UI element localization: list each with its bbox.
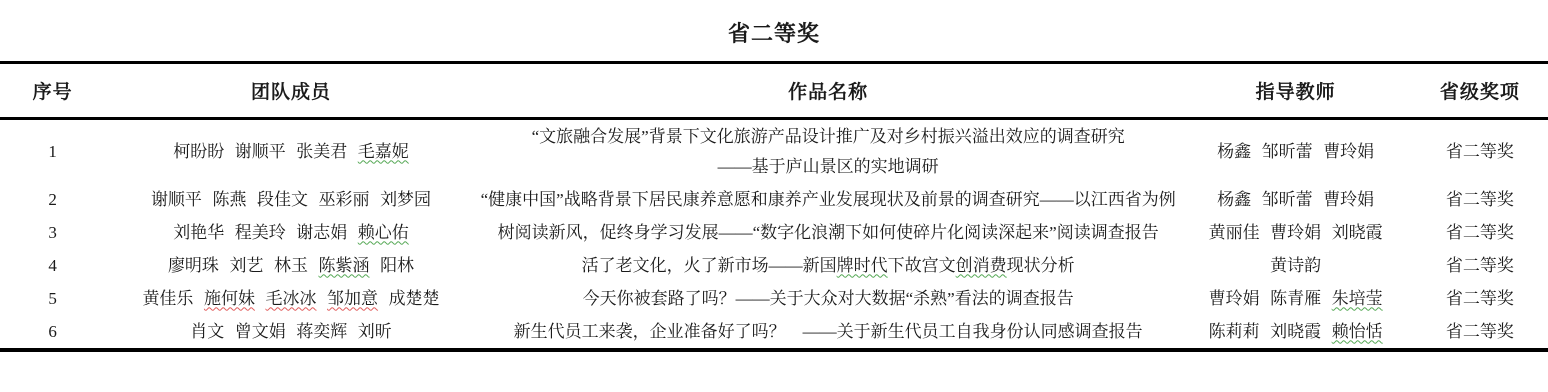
work-title-cell: 树阅读新风，促终身学习发展——“数字化浪潮下如何使碎片化阅读深起来”阅读调查报告 bbox=[477, 216, 1180, 249]
advisors-cell: 杨鑫邹昕蕾曹玲娟 bbox=[1180, 118, 1412, 183]
header-work-title: 作品名称 bbox=[477, 62, 1180, 118]
table-row: 1柯盼盼谢顺平张美君毛嘉妮“文旅融合发展”背景下文化旅游产品设计推广及对乡村振兴… bbox=[0, 118, 1548, 183]
award-cell: 省二等奖 bbox=[1412, 216, 1548, 249]
team-members-cell: 谢顺平陈燕段佳文巫彩丽刘梦园 bbox=[105, 183, 477, 216]
member-name: 阳林 bbox=[380, 256, 414, 275]
row-number-cell: 5 bbox=[0, 282, 105, 315]
team-members-cell: 黄佳乐施何妹毛冰冰邹加意成楚楚 bbox=[105, 282, 477, 315]
team-members-cell: 廖明珠刘艺林玉陈紫涵阳林 bbox=[105, 249, 477, 282]
member-name: 刘梦园 bbox=[380, 190, 431, 209]
awards-table: 序号 团队成员 作品名称 指导教师 省级奖项 1柯盼盼谢顺平张美君毛嘉妮“文旅融… bbox=[0, 61, 1548, 352]
advisor-name: 曹玲娟 bbox=[1323, 142, 1374, 161]
advisor-name: 曹玲娟 bbox=[1209, 289, 1260, 308]
work-title-line: “健康中国”战略背景下居民康养意愿和康养产业发展现状及前景的调查研究——以江西省… bbox=[479, 188, 1178, 211]
member-name: 张美君 bbox=[296, 142, 347, 161]
advisors-cell: 曹玲娟陈青雁朱培莹 bbox=[1180, 282, 1412, 315]
header-team-members: 团队成员 bbox=[105, 62, 477, 118]
member-name: 谢顺平 bbox=[151, 190, 202, 209]
member-name: 巫彩丽 bbox=[319, 190, 370, 209]
document-page: 省二等奖 序号 团队成员 作品名称 指导教师 省级奖项 1柯盼盼谢顺平张美君毛嘉… bbox=[0, 0, 1548, 392]
header-award-level: 省级奖项 bbox=[1412, 62, 1548, 118]
work-title-segment: ——基于庐山景区的实地调研 bbox=[718, 157, 939, 176]
work-title-segment: 活了老文化，火了新市场——新国 bbox=[582, 256, 837, 275]
advisor-name: 赖怡恬 bbox=[1332, 322, 1383, 341]
award-cell: 省二等奖 bbox=[1412, 315, 1548, 350]
advisor-name: 陈青雁 bbox=[1270, 289, 1321, 308]
row-number-cell: 3 bbox=[0, 216, 105, 249]
row-number-cell: 6 bbox=[0, 315, 105, 350]
work-title-cell: “文旅融合发展”背景下文化旅游产品设计推广及对乡村振兴溢出效应的调查研究——基于… bbox=[477, 118, 1180, 183]
member-name: 陈紫涵 bbox=[319, 256, 370, 275]
header-row: 序号 团队成员 作品名称 指导教师 省级奖项 bbox=[0, 62, 1548, 118]
advisor-name: 杨鑫 bbox=[1217, 142, 1251, 161]
work-title-segment: 今天你被套路了吗？——关于大众对大数据“杀熟”看法的调查报告 bbox=[583, 289, 1074, 308]
member-name: 谢顺平 bbox=[235, 142, 286, 161]
member-name: 赖心佑 bbox=[358, 223, 409, 242]
advisors-cell: 陈莉莉刘晓霞赖怡恬 bbox=[1180, 315, 1412, 350]
work-title-line: 今天你被套路了吗？——关于大众对大数据“杀熟”看法的调查报告 bbox=[479, 287, 1178, 310]
row-number-cell: 4 bbox=[0, 249, 105, 282]
advisor-name: 刘晓霞 bbox=[1332, 223, 1383, 242]
page-title: 省二等奖 bbox=[0, 0, 1548, 61]
team-members-cell: 刘艳华程美玲谢志娟赖心佑 bbox=[105, 216, 477, 249]
member-name: 陈燕 bbox=[212, 190, 246, 209]
advisor-name: 朱培莹 bbox=[1332, 289, 1383, 308]
work-title-cell: 活了老文化，火了新市场——新国牌时代下故宫文创消费现状分析 bbox=[477, 249, 1180, 282]
awards-table-header: 序号 团队成员 作品名称 指导教师 省级奖项 bbox=[0, 62, 1548, 118]
table-row: 5黄佳乐施何妹毛冰冰邹加意成楚楚今天你被套路了吗？——关于大众对大数据“杀熟”看… bbox=[0, 282, 1548, 315]
work-title-segment: “健康中国”战略背景下居民康养意愿和康养产业发展现状及前景的调查研究——以江西省… bbox=[481, 190, 1176, 209]
work-title-segment: 新生代员工来袭，企业准备好了吗？ ——关于新生代员工自我身份认同感调查报告 bbox=[514, 322, 1143, 341]
member-name: 黄佳乐 bbox=[142, 289, 193, 308]
advisor-name: 邹昕蕾 bbox=[1262, 142, 1313, 161]
advisor-name: 黄丽佳 bbox=[1209, 223, 1260, 242]
award-cell: 省二等奖 bbox=[1412, 249, 1548, 282]
member-name: 刘艳华 bbox=[173, 223, 224, 242]
advisors-cell: 杨鑫邹昕蕾曹玲娟 bbox=[1180, 183, 1412, 216]
team-members-cell: 肖文曾文娟蒋奕辉刘昕 bbox=[105, 315, 477, 350]
member-name: 邹加意 bbox=[327, 289, 378, 308]
member-name: 段佳文 bbox=[257, 190, 308, 209]
team-members-cell: 柯盼盼谢顺平张美君毛嘉妮 bbox=[105, 118, 477, 183]
row-number-cell: 2 bbox=[0, 183, 105, 216]
member-name: 刘昕 bbox=[358, 322, 392, 341]
member-name: 程美玲 bbox=[235, 223, 286, 242]
work-title-cell: “健康中国”战略背景下居民康养意愿和康养产业发展现状及前景的调查研究——以江西省… bbox=[477, 183, 1180, 216]
advisor-name: 曹玲娟 bbox=[1323, 190, 1374, 209]
award-cell: 省二等奖 bbox=[1412, 282, 1548, 315]
advisor-name: 刘晓霞 bbox=[1270, 322, 1321, 341]
work-title-segment: 创消费 bbox=[956, 256, 1007, 275]
member-name: 曾文娟 bbox=[235, 322, 286, 341]
work-title-segment: “文旅融合发展”背景下文化旅游产品设计推广及对乡村振兴溢出效应的调查研究 bbox=[532, 127, 1125, 146]
work-title-segment: 现状分析 bbox=[1007, 256, 1075, 275]
work-title-line: “文旅融合发展”背景下文化旅游产品设计推广及对乡村振兴溢出效应的调查研究 bbox=[479, 125, 1178, 148]
work-title-segment: 牌时代 bbox=[837, 256, 888, 275]
table-row: 2谢顺平陈燕段佳文巫彩丽刘梦园“健康中国”战略背景下居民康养意愿和康养产业发展现… bbox=[0, 183, 1548, 216]
header-advisors: 指导教师 bbox=[1180, 62, 1412, 118]
work-title-line: 新生代员工来袭，企业准备好了吗？ ——关于新生代员工自我身份认同感调查报告 bbox=[479, 320, 1178, 343]
award-cell: 省二等奖 bbox=[1412, 183, 1548, 216]
member-name: 林玉 bbox=[274, 256, 308, 275]
advisors-cell: 黄诗韵 bbox=[1180, 249, 1412, 282]
member-name: 谢志娟 bbox=[296, 223, 347, 242]
work-title-line: 活了老文化，火了新市场——新国牌时代下故宫文创消费现状分析 bbox=[479, 254, 1178, 277]
advisors-cell: 黄丽佳曹玲娟刘晓霞 bbox=[1180, 216, 1412, 249]
advisor-name: 邹昕蕾 bbox=[1262, 190, 1313, 209]
member-name: 毛冰冰 bbox=[266, 289, 317, 308]
work-title-line: ——基于庐山景区的实地调研 bbox=[479, 155, 1178, 178]
member-name: 毛嘉妮 bbox=[358, 142, 409, 161]
work-title-cell: 新生代员工来袭，企业准备好了吗？ ——关于新生代员工自我身份认同感调查报告 bbox=[477, 315, 1180, 350]
member-name: 廖明珠 bbox=[168, 256, 219, 275]
member-name: 施何妹 bbox=[204, 289, 255, 308]
work-title-cell: 今天你被套路了吗？——关于大众对大数据“杀熟”看法的调查报告 bbox=[477, 282, 1180, 315]
member-name: 柯盼盼 bbox=[173, 142, 224, 161]
member-name: 刘艺 bbox=[229, 256, 263, 275]
advisor-name: 曹玲娟 bbox=[1270, 223, 1321, 242]
row-number-cell: 1 bbox=[0, 118, 105, 183]
member-name: 成楚楚 bbox=[389, 289, 440, 308]
table-row: 4廖明珠刘艺林玉陈紫涵阳林活了老文化，火了新市场——新国牌时代下故宫文创消费现状… bbox=[0, 249, 1548, 282]
work-title-segment: 下故宫文 bbox=[888, 256, 956, 275]
advisor-name: 黄诗韵 bbox=[1270, 256, 1321, 275]
advisor-name: 陈莉莉 bbox=[1209, 322, 1260, 341]
work-title-line: 树阅读新风，促终身学习发展——“数字化浪潮下如何使碎片化阅读深起来”阅读调查报告 bbox=[479, 221, 1178, 244]
work-title-segment: 树阅读新风，促终身学习发展——“数字化浪潮下如何使碎片化阅读深起来”阅读调查报告 bbox=[498, 223, 1159, 242]
header-seq-no: 序号 bbox=[0, 62, 105, 118]
table-row: 6肖文曾文娟蒋奕辉刘昕新生代员工来袭，企业准备好了吗？ ——关于新生代员工自我身… bbox=[0, 315, 1548, 350]
member-name: 肖文 bbox=[190, 322, 224, 341]
advisor-name: 杨鑫 bbox=[1217, 190, 1251, 209]
awards-table-body: 1柯盼盼谢顺平张美君毛嘉妮“文旅融合发展”背景下文化旅游产品设计推广及对乡村振兴… bbox=[0, 118, 1548, 350]
award-cell: 省二等奖 bbox=[1412, 118, 1548, 183]
member-name: 蒋奕辉 bbox=[296, 322, 347, 341]
table-row: 3刘艳华程美玲谢志娟赖心佑树阅读新风，促终身学习发展——“数字化浪潮下如何使碎片… bbox=[0, 216, 1548, 249]
